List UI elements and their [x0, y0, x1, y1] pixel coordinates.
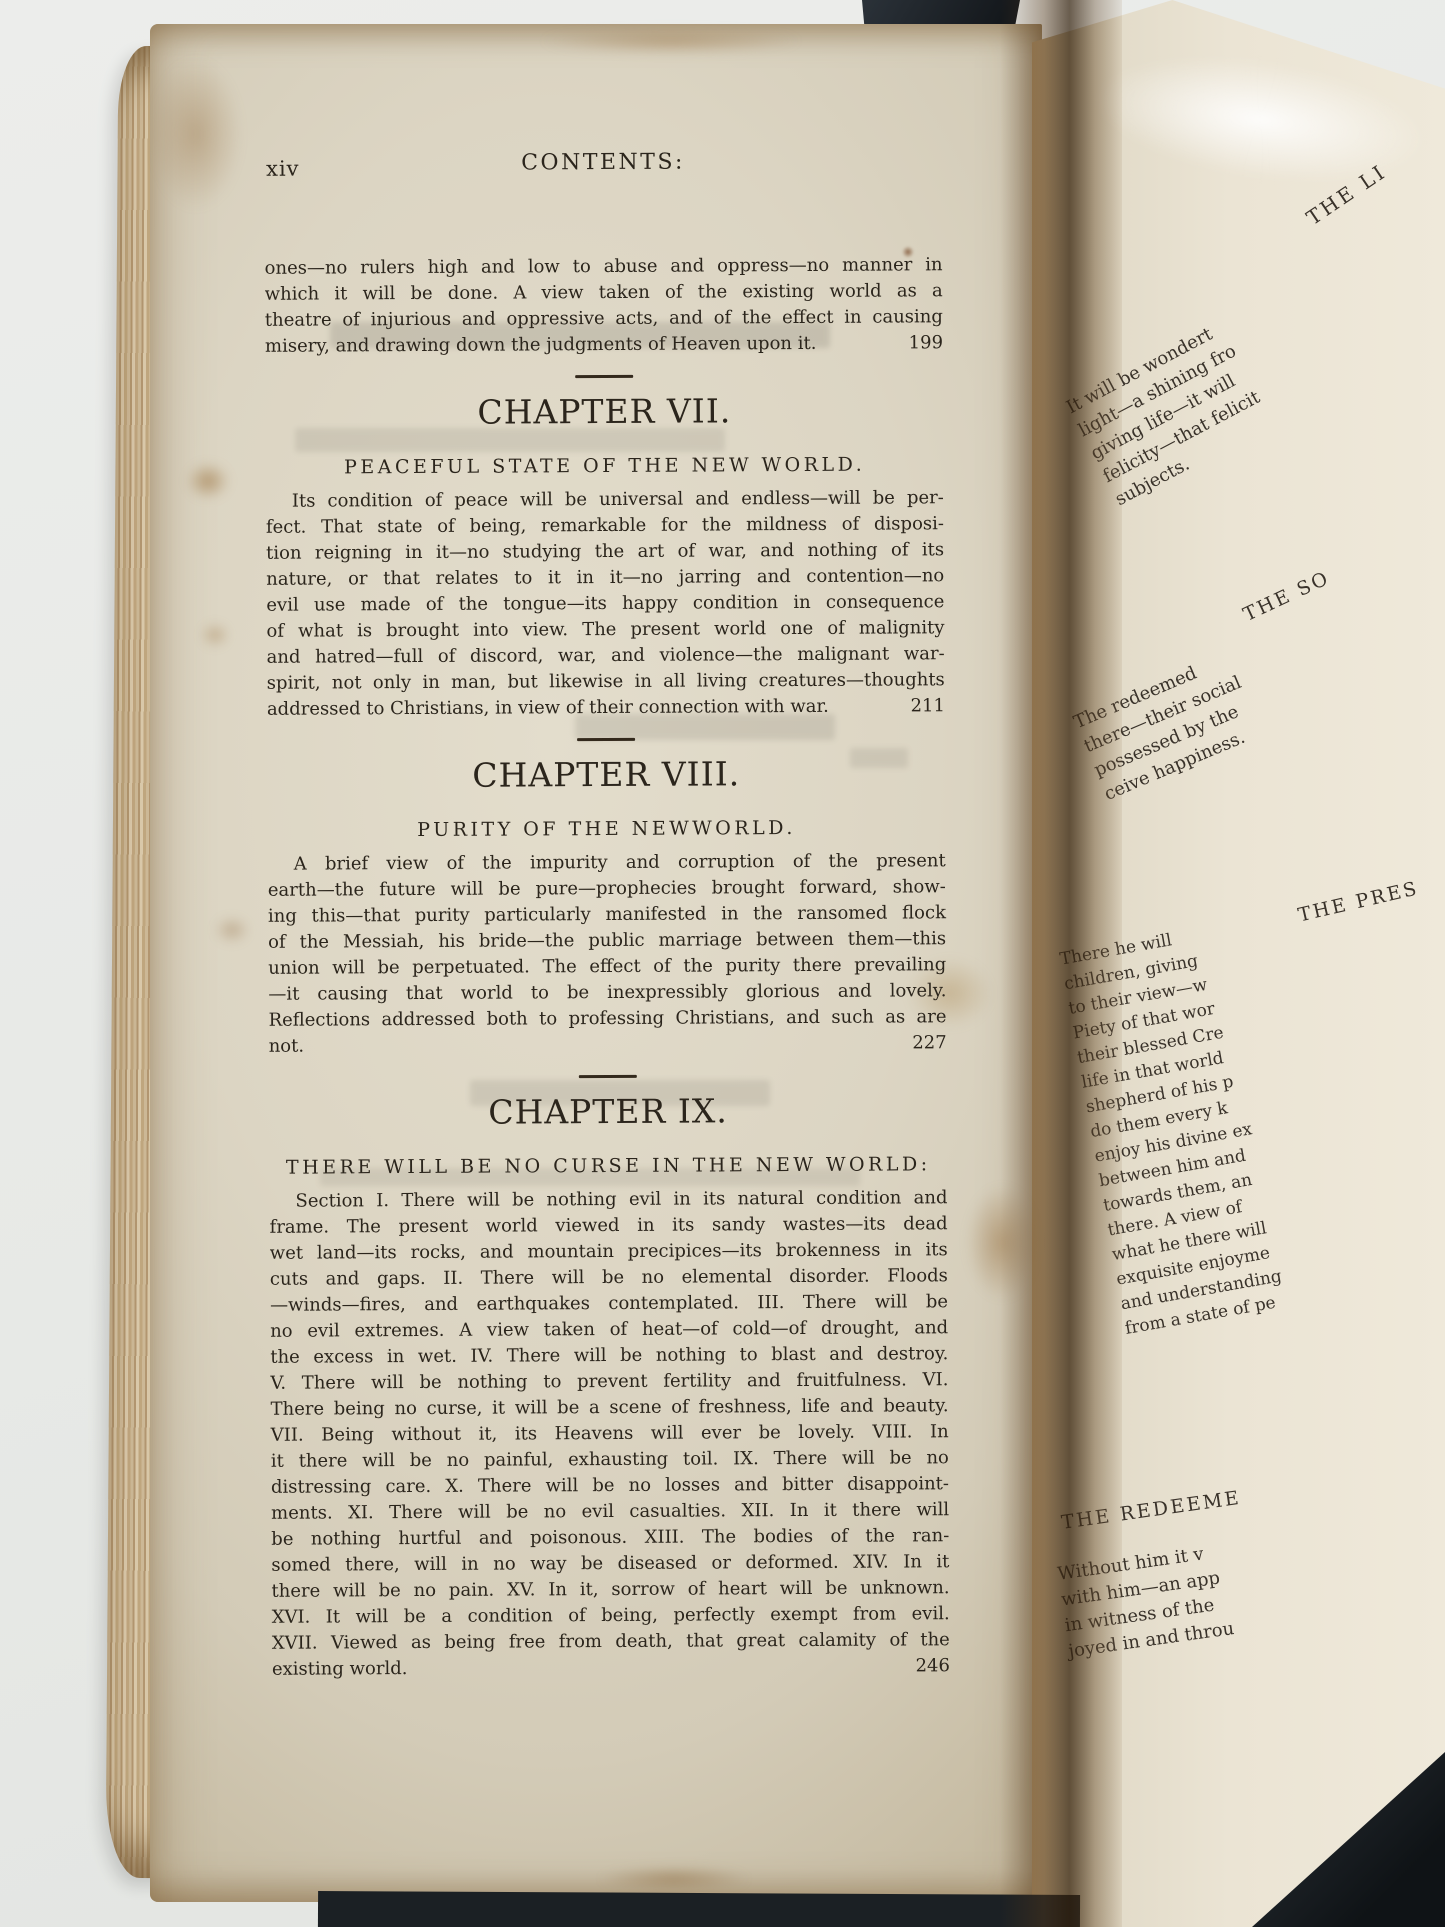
text-line: Section I. There will be nothing evil in… [269, 1185, 947, 1215]
toc-entry: A brief view of the impurity and corrupt… [268, 848, 947, 1060]
text-line: fect. That state of being, remarkable fo… [266, 511, 944, 541]
toc-entry-last-line: not. 227 [269, 1030, 947, 1060]
text-line: earth—the future will be pure—prophecies… [268, 874, 946, 904]
text-line: the excess in wet. IV. There will be not… [270, 1341, 948, 1371]
text-line: evil use made of the tongue—its happy co… [266, 589, 944, 619]
chapter-divider [579, 1075, 637, 1078]
text-line: somed there, will in no way be diseased … [271, 1549, 949, 1579]
toc-entry-lines: Its condition of peace will be universal… [266, 485, 945, 697]
contents-text-column: xiv CONTENTS: ones—no rulers high and lo… [264, 148, 950, 1683]
text-line: XVI. It will be a condition of being, pe… [272, 1601, 950, 1631]
toc-entry-last-line: addressed to Christians, in view of thei… [267, 693, 945, 723]
text-line: be nothing hurtful and poisonous. XIII. … [271, 1523, 949, 1553]
text-line: ones—no rulers high and low to abuse and… [265, 252, 943, 282]
toc-entry-lines: Section I. There will be nothing evil in… [269, 1185, 949, 1657]
text-line: ing this—that purity particularly manife… [268, 900, 946, 930]
text-line: of the Messiah, his bride—the public mar… [268, 926, 946, 956]
toc-entry-lines: ones—no rulers high and low to abuse and… [265, 252, 943, 334]
text-line: —it causing that world to be inexpressib… [268, 978, 946, 1008]
toc-entry-last-line: misery, and drawing down the judgments o… [265, 330, 943, 360]
toc-entry: Its condition of peace will be universal… [266, 485, 945, 723]
page-ref: 227 [912, 1030, 946, 1056]
text-line: There being no curse, it will be a scene… [271, 1393, 949, 1423]
text-line: tion reigning in it—no studying the art … [266, 537, 944, 567]
toc-entry-continuation: ones—no rulers high and low to abuse and… [265, 252, 944, 360]
folio-number: xiv [266, 157, 300, 181]
text-line: —winds—fires, and earthquakes contemplat… [270, 1289, 948, 1319]
book-cover-bottom-edge [318, 1891, 1080, 1927]
chapter-divider [577, 738, 635, 741]
chapter-heading: CHAPTER VIII. [267, 752, 945, 798]
page-header: xiv CONTENTS: [264, 148, 942, 186]
text-line: Reflections addressed both to professing… [268, 1004, 946, 1034]
chapter-heading: CHAPTER VII. [265, 389, 943, 435]
text-line: union will be perpetuated. The effect of… [268, 952, 946, 982]
text-line: theatre of injurious and oppressive acts… [265, 304, 943, 334]
page-ref: 211 [910, 693, 944, 719]
text-line: VII. Being without it, its Heavens will … [271, 1419, 949, 1449]
text-line: cuts and gaps. II. There will be no elem… [270, 1263, 948, 1293]
page-ref: 246 [916, 1653, 950, 1679]
text-line: wet land—its rocks, and mountain precipi… [270, 1237, 948, 1267]
text-line: of what is brought into view. The presen… [266, 615, 944, 645]
text-line: it there will be no painful, exhausting … [271, 1445, 949, 1475]
chapter-subtitle: PEACEFUL STATE OF THE NEW WORLD. [266, 452, 944, 480]
text-line: Its condition of peace will be universal… [266, 485, 944, 515]
text-line: distressing care. X. There will be no lo… [271, 1471, 949, 1501]
text-line: nature, or that relates to it in it—no j… [266, 563, 944, 593]
text-line: V. There will be nothing to prevent fert… [270, 1367, 948, 1397]
book-photo: xiv CONTENTS: ones—no rulers high and lo… [0, 0, 1445, 1927]
text-line: XVII. Viewed as being free from death, t… [272, 1627, 950, 1657]
toc-entry-text: not. [269, 1034, 305, 1060]
text-line: and hatred—full of discord, war, and vio… [267, 641, 945, 671]
toc-entry: Section I. There will be nothing evil in… [269, 1185, 950, 1683]
text-line: there will be no pain. XV. In it, sorrow… [271, 1575, 949, 1605]
text-line: which it will be done. A view taken of t… [265, 278, 943, 308]
text-line: A brief view of the impurity and corrupt… [268, 848, 946, 878]
text-line: frame. The present world viewed in its s… [270, 1211, 948, 1241]
toc-entry-text: existing world. [272, 1656, 408, 1683]
chapter-subtitle: THERE WILL BE NO CURSE IN THE NEW WORLD: [269, 1152, 947, 1180]
text-line: spirit, not only in man, but likewise in… [267, 667, 945, 697]
toc-entry-text: addressed to Christians, in view of thei… [267, 694, 829, 723]
text-line: no evil extremes. A view taken of heat—o… [270, 1315, 948, 1345]
page-ref: 199 [909, 330, 943, 356]
chapter-heading: CHAPTER IX. [269, 1089, 947, 1135]
chapter-divider [575, 375, 633, 378]
toc-entry-last-line: existing world. 246 [272, 1653, 950, 1683]
chapter-subtitle: PURITY OF THE NEWWORLD. [267, 815, 945, 843]
text-line: ments. XI. There will be no evil casualt… [271, 1497, 949, 1527]
running-head: CONTENTS: [264, 148, 942, 177]
toc-entry-text: misery, and drawing down the judgments o… [265, 331, 817, 360]
toc-entry-lines: A brief view of the impurity and corrupt… [268, 848, 947, 1034]
